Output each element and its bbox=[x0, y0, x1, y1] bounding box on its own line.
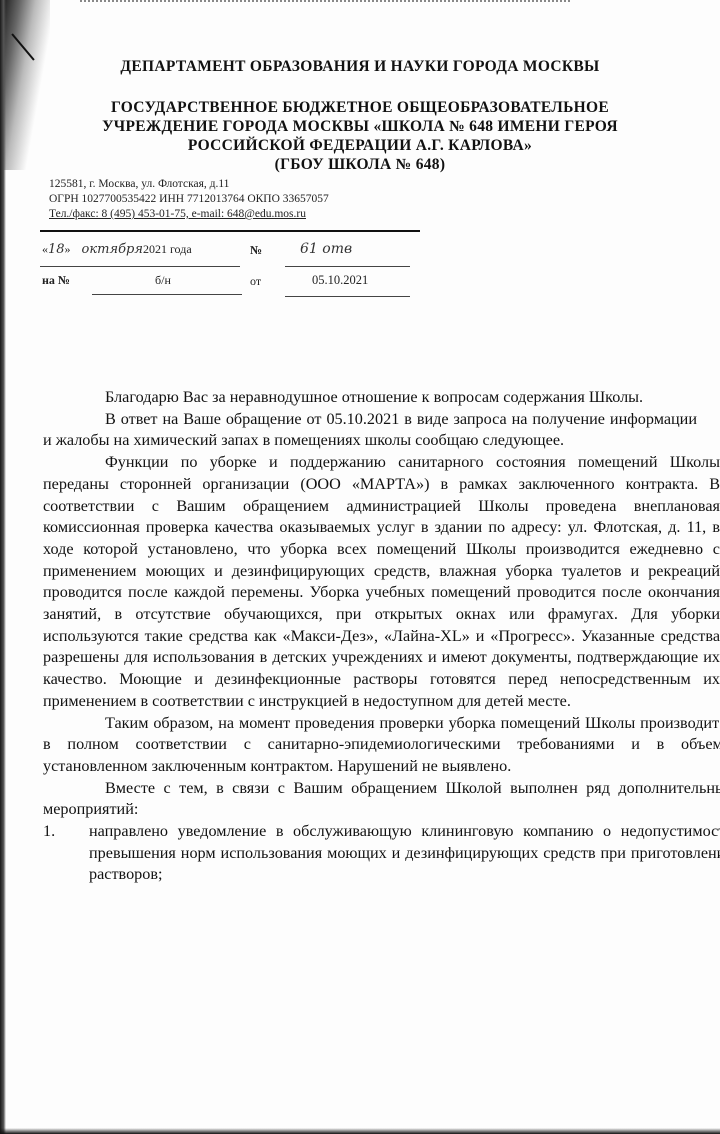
department-title: ДЕПАРТАМЕНТ ОБРАЗОВАНИЯ И НАУКИ ГОРОДА М… bbox=[40, 58, 680, 76]
body-paragraph: Благодарю Вас за неравнодушное отношение… bbox=[43, 387, 720, 409]
year-text: 2021 года bbox=[143, 242, 192, 256]
ref-number-value: б/н bbox=[155, 273, 171, 288]
letter-body: Благодарю Вас за неравнодушное отношение… bbox=[43, 387, 720, 886]
list-item-number: 1. bbox=[43, 821, 89, 886]
body-paragraph: Таким образом, на момент проведения пров… bbox=[43, 713, 720, 778]
bottom-edge-shadow bbox=[0, 1128, 720, 1134]
handwritten-outgoing-number: 61 отв bbox=[300, 241, 352, 257]
body-paragraph: Функции по уборке и поддержанию санитарн… bbox=[43, 452, 720, 712]
from-date-value: 05.10.2021 bbox=[312, 273, 368, 288]
organization-name: ГОСУДАРСТВЕННОЕ БЮДЖЕТНОЕ ОБЩЕОБРАЗОВАТЕ… bbox=[40, 98, 680, 174]
letterhead-divider bbox=[40, 230, 420, 232]
requisites-block: 125581, г. Москва, ул. Флотская, д.11 ОГ… bbox=[49, 177, 329, 222]
list-item: 1. направлено уведомление в обслуживающу… bbox=[43, 821, 720, 886]
number-underline bbox=[285, 266, 410, 267]
ref-number-label: на № bbox=[42, 273, 70, 288]
from-underline bbox=[285, 296, 410, 297]
contact-line: Тел./факс: 8 (495) 453-01-75, e-mail: 64… bbox=[49, 207, 329, 222]
org-short-name: (ГБОУ ШКОЛА № 648) bbox=[40, 155, 680, 174]
outgoing-date: «18» октября2021 года bbox=[42, 242, 192, 257]
address: 125581, г. Москва, ул. Флотская, д.11 bbox=[49, 177, 329, 192]
handwritten-day: 18 bbox=[48, 242, 65, 257]
body-paragraph: Вместе с тем, в связи с Вашим обращением… bbox=[43, 778, 720, 821]
org-line: ГОСУДАРСТВЕННОЕ БЮДЖЕТНОЕ ОБЩЕОБРАЗОВАТЕ… bbox=[40, 98, 680, 117]
top-edge-artifact bbox=[80, 0, 570, 6]
letterhead: ДЕПАРТАМЕНТ ОБРАЗОВАНИЯ И НАУКИ ГОРОДА М… bbox=[40, 58, 680, 174]
document-page: ДЕПАРТАМЕНТ ОБРАЗОВАНИЯ И НАУКИ ГОРОДА М… bbox=[0, 0, 720, 1134]
ref-underline bbox=[92, 294, 242, 295]
body-paragraph: В ответ на Ваше обращение от 05.10.2021 … bbox=[43, 409, 720, 452]
org-line: УЧРЕЖДЕНИЕ ГОРОДА МОСКВЫ «ШКОЛА № 648 ИМ… bbox=[40, 117, 680, 136]
handwritten-month: октября bbox=[82, 242, 143, 257]
left-edge-shadow bbox=[0, 0, 6, 1134]
from-label: от bbox=[250, 274, 261, 289]
number-label: № bbox=[250, 243, 262, 258]
date-underline bbox=[40, 266, 240, 267]
list-item-text: направлено уведомление в обслуживающую к… bbox=[89, 821, 720, 886]
org-line: РОССИЙСКОЙ ФЕДЕРАЦИИ А.Г. КАРЛОВА» bbox=[40, 136, 680, 155]
registration-ids: ОГРН 1027700535422 ИНН 7712013764 ОКПО 3… bbox=[49, 192, 329, 207]
